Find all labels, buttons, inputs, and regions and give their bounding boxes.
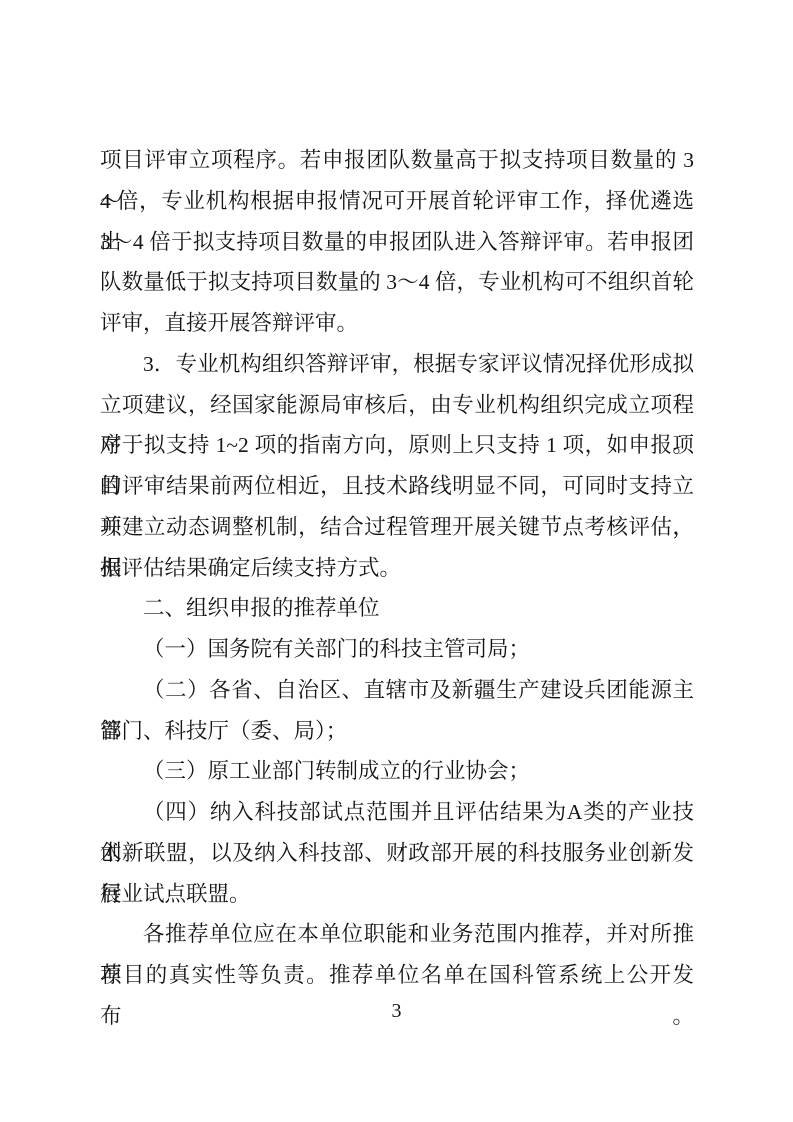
text-line: 项目评审立项程序。若申报团队数量高于拟支持项目数量的 3～ [100,140,694,181]
text-line: 4 倍，专业机构根据申报情况可开展首轮评审工作，择优遴选出 [100,181,694,222]
text-line: 队数量低于拟支持项目数量的 3～4 倍，专业机构可不组织首轮 [100,262,694,303]
text-line: 创新联盟，以及纳入科技部、财政部开展的科技服务业创新发展 [100,833,694,874]
text-line: （四）纳入科技部试点范围并且评估结果为A类的产业技术 [100,792,694,833]
text-line: 的评审结果前两位相近，且技术路线明显不同，可同时支持立项， [100,466,694,507]
text-line: 对于拟支持 1~2 项的指南方向，原则上只支持 1 项，如申报项目 [100,425,694,466]
text-line: 项目的真实性等负责。推荐单位名单在国科管系统上公开发布。 [100,955,694,996]
text-line: 3．专业机构组织答辩评审，根据专家评议情况择优形成拟 [100,344,694,385]
text-line: （三）原工业部门转制成立的行业协会； [100,751,694,792]
page-number: 3 [0,1000,793,1023]
text-line: 评审，直接开展答辩评审。 [100,303,694,344]
text-line: 行业试点联盟。 [100,874,694,915]
text-line: 3～4 倍于拟支持项目数量的申报团队进入答辩评审。若申报团 [100,222,694,263]
text-line: 立项建议，经国家能源局审核后，由专业机构组织完成立项程序。 [100,385,694,426]
text-line: 并建立动态调整机制，结合过程管理开展关键节点考核评估，根 [100,507,694,548]
text-line: 二、组织申报的推荐单位 [100,588,694,629]
text-line: （一）国务院有关部门的科技主管司局； [100,629,694,670]
document-page: 项目评审立项程序。若申报团队数量高于拟支持项目数量的 3～4 倍，专业机构根据申… [0,0,793,1122]
text-line: 各推荐单位应在本单位职能和业务范围内推荐，并对所推荐 [100,914,694,955]
text-line: 部门、科技厅（委、局）； [100,711,694,752]
text-line: （二）各省、自治区、直辖市及新疆生产建设兵团能源主管 [100,670,694,711]
body-text-block: 项目评审立项程序。若申报团队数量高于拟支持项目数量的 3～4 倍，专业机构根据申… [100,140,694,996]
text-line: 据评估结果确定后续支持方式。 [100,548,694,589]
